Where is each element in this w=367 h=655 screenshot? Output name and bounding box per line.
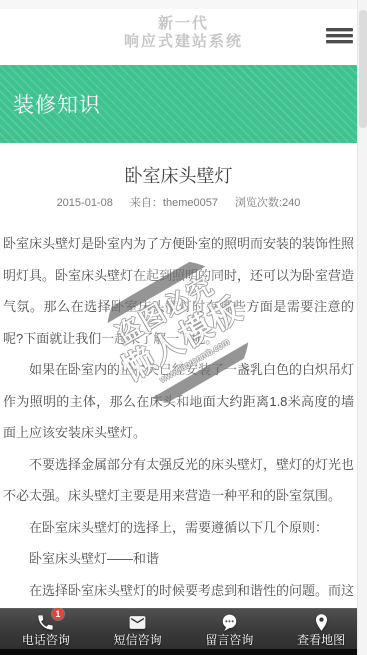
sms-icon [127, 612, 149, 632]
paragraph: 在卧室床头壁灯的选择上，需要遵循以下几个原则： [3, 512, 354, 544]
nav-label: 短信咨询 [114, 633, 162, 647]
phone-badge: 1 [52, 608, 64, 620]
paragraph: 卧室床头壁灯——和谐 [3, 543, 354, 575]
header: 新一代 响应式建站系统 [0, 9, 367, 65]
menu-hamburger-icon[interactable] [326, 28, 353, 46]
article-views: 浏览次数:240 [235, 197, 300, 209]
paragraph: 卧室床头壁灯是卧室内为了方便卧室的照明而安装的装饰性照明灯具。卧室床头壁灯在起到… [3, 228, 354, 354]
hamburger-bar [326, 28, 353, 31]
category-title: 装修知识 [0, 89, 101, 119]
bottom-nav: 1 电话咨询 短信咨询 [0, 608, 367, 655]
phone-icon: 1 [35, 612, 57, 632]
nav-label: 留言咨询 [205, 633, 253, 647]
article-meta: 2015-01-08 来自：theme0057 浏览次数:240 [3, 196, 354, 211]
nav-item-sms[interactable]: 短信咨询 [92, 609, 184, 649]
logo-line1: 新一代 [0, 15, 367, 33]
scrollbar-thumb[interactable] [359, 10, 367, 128]
article: 卧室床头壁灯 2015-01-08 来自：theme0057 浏览次数:240 … [0, 164, 357, 638]
nav-label: 电话咨询 [22, 633, 70, 647]
status-strip [0, 0, 367, 9]
scrollbar-track[interactable] [357, 0, 367, 655]
site-logo: 新一代 响应式建站系统 [0, 9, 367, 51]
category-banner: 装修知识 [0, 65, 357, 143]
bottom-nav-items: 1 电话咨询 短信咨询 [0, 608, 367, 649]
paragraph: 不要选择金属部分有太强反光的床头壁灯，壁灯的灯光也不必太强。床头壁灯主要是用来营… [3, 449, 354, 512]
nav-item-message[interactable]: 留言咨询 [184, 609, 276, 649]
message-icon [218, 612, 240, 632]
article-date: 2015-01-08 [57, 197, 113, 209]
article-title: 卧室床头壁灯 [3, 164, 354, 189]
nav-item-phone[interactable]: 1 电话咨询 [0, 609, 92, 649]
paragraph: 如果在卧室内的正中央已经安装了一盏乳白色的白炽吊灯作为照明的主体，那么在床头和地… [3, 354, 354, 449]
logo-line2: 响应式建站系统 [0, 33, 367, 51]
map-icon [310, 612, 332, 632]
article-content: 卧室床头壁灯是卧室内为了方便卧室的照明而安装的装饰性照明灯具。卧室床头壁灯在起到… [3, 228, 354, 638]
hamburger-bar [326, 40, 353, 43]
article-source: 来自：theme0057 [130, 197, 218, 209]
mobile-page: 新一代 响应式建站系统 装修知识 卧室床头壁灯 2015-01-08 来自：th… [0, 0, 367, 655]
nav-bottom-strip [0, 649, 367, 655]
hamburger-bar [326, 34, 353, 37]
nav-label: 查看地图 [297, 633, 345, 647]
nav-item-map[interactable]: 查看地图 [275, 609, 367, 649]
